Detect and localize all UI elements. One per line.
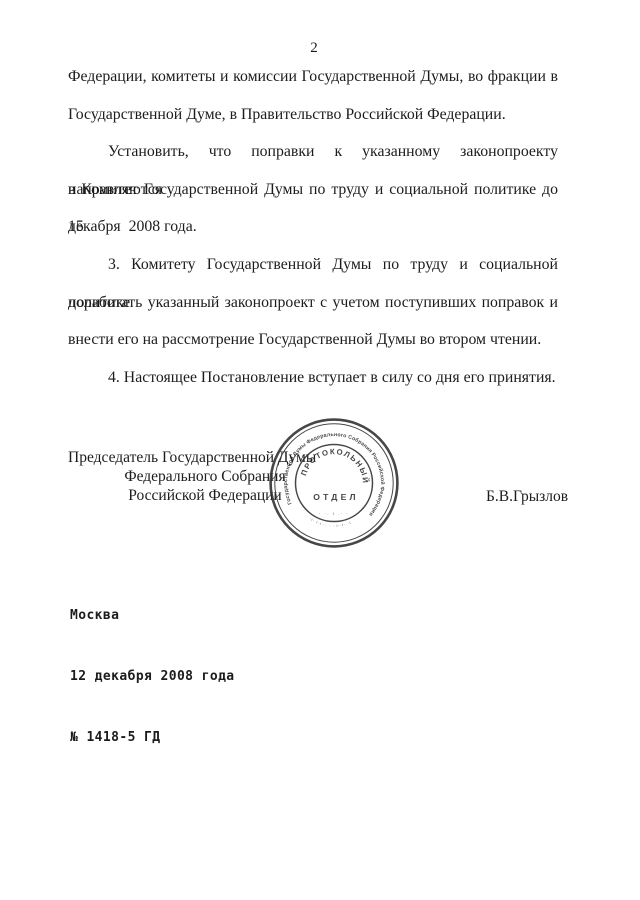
stamp-curved-texts: Государственной Думы Федерального Собран… [277,425,392,534]
issue-block: Москва 12 декабря 2008 года № 1418-5 ГД [70,565,235,789]
stamp-bottom-microtext: · ·ı· ı·ı ·· · · ı··ı· ·ı [304,513,352,530]
stamp-inner-dots: · ·. ı .· · [319,511,349,516]
issue-city: Москва [70,606,235,626]
body-text: Федерации, комитеты и комиссии Государст… [68,58,558,396]
body-line: в Комитет Государственной Думы по труду … [68,171,558,209]
body-line: 3. Комитету Государственной Думы по труд… [68,246,558,284]
document-page: 2 Федерации, комитеты и комиссии Государ… [0,0,640,900]
body-line: Установить, что поправки к указанному за… [68,133,558,171]
body-line: декабря 2008 года. [68,208,558,246]
issue-date: 12 декабря 2008 года [70,667,235,687]
stamp-inner-arc-text: ПРОТОКОЛЬНЫЙ [299,442,374,485]
page-number: 2 [0,40,634,57]
body-line: доработать указанный законопроект с учет… [68,284,558,322]
stamp-center-text: ОТДЕЛ [313,492,359,502]
signatory-name: Б.В.Грызлов [486,488,568,506]
body-line: 4. Настоящее Постановление вступает в си… [68,359,558,397]
body-line: внести его на рассмотрение Государственн… [68,321,558,359]
body-line: Государственной Думе, в Правительство Ро… [68,96,558,134]
body-line: Федерации, комитеты и комиссии Государст… [68,58,558,96]
round-seal-stamp: Государственной Думы Федерального Собран… [268,417,400,549]
issue-number: № 1418-5 ГД [70,728,235,748]
